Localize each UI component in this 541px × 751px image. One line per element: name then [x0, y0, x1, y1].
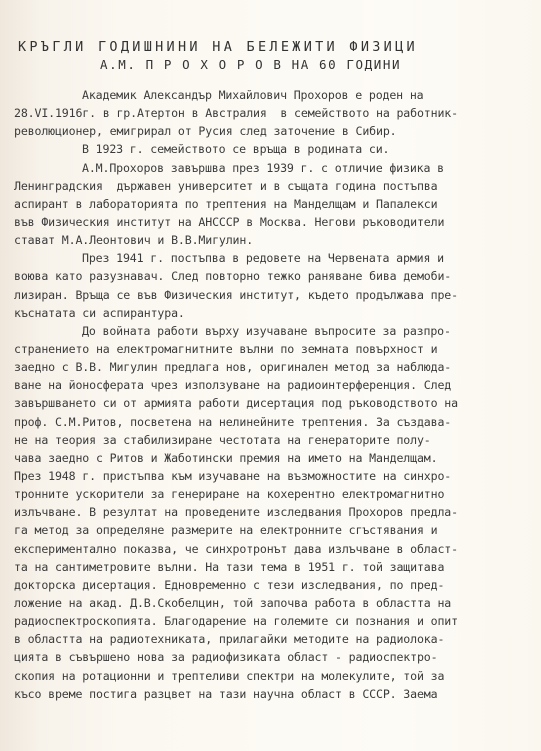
document-title: КРЪГЛИ ГОДИШНИНИ НА БЕЛЕЖИТИ ФИЗИЦИ	[18, 39, 418, 55]
text-line: излъчване. В резултат на проведените изс…	[14, 503, 534, 521]
text-line: цията в съвършено нова за радиофизиката …	[14, 648, 534, 666]
text-line: аспирант в лабораторията по трептения на…	[14, 195, 534, 213]
text-line: тронните ускорители за генериране на кох…	[14, 485, 534, 503]
text-line: До войната работи върху изучаване въпрос…	[14, 322, 534, 340]
text-line: докторска дисертация. Едновременно с тез…	[14, 576, 534, 594]
text-line: ложение на акад. Д.В.Скобелцин, той запо…	[14, 594, 534, 612]
text-line: революционер, емигрирал от Русия след за…	[14, 122, 534, 140]
text-line: завършването си от армията работи дисерт…	[14, 394, 534, 412]
text-line: скопия на ротационни и трептеливи спектр…	[14, 667, 534, 685]
text-line: стават М.А.Леонтович и В.В.Мигулин.	[14, 231, 534, 249]
text-line: експериментално показва, че синхротронът…	[14, 540, 534, 558]
text-line: странението на електромагнитните вълни п…	[14, 340, 534, 358]
text-line: заедно с В.В. Мигулин предлага нов, ориг…	[14, 358, 534, 376]
document-subtitle: А.М. П Р О Х О Р О В НА 60 ГОДИНИ	[100, 57, 401, 72]
text-line: проф. С.М.Ритов, посветена на нелинейнит…	[14, 413, 534, 431]
text-line: та на сантиметровите вълни. На тази тема…	[14, 558, 534, 576]
text-line: лизиран. Връща се във Физическия институ…	[14, 286, 534, 304]
text-line: А.М.Прохоров завършва през 1939 г. с отл…	[14, 159, 534, 177]
text-line: къснатата си аспирантура.	[14, 304, 534, 322]
text-line: Ленинградския държавен университет и в с…	[14, 177, 534, 195]
text-line: не на теория за стабилизиране честотата …	[14, 431, 534, 449]
text-line: Академик Александър Михайлович Прохоров …	[14, 86, 534, 104]
text-line: 28.VI.1916г. в гр.Атертон в Австралия в …	[14, 104, 534, 122]
text-line: През 1948 г. пристъпва към изучаване на …	[14, 467, 534, 485]
typewritten-page: КРЪГЛИ ГОДИШНИНИ НА БЕЛЕЖИТИ ФИЗИЦИ А.М.…	[0, 0, 541, 751]
text-line: в областта на радиотехниката, прилагайки…	[14, 630, 534, 648]
text-line: късо време постига разцвет на тази научн…	[14, 685, 534, 703]
text-line: воюва като разузнавач. След повторно теж…	[14, 267, 534, 285]
text-line: ване на йоносферата чрез използуване на …	[14, 376, 534, 394]
text-line: В 1923 г. семейството се връща в родинат…	[14, 140, 534, 158]
document-body: Академик Александър Михайлович Прохоров …	[14, 86, 534, 703]
text-line: През 1941 г. постъпва в редовете на Черв…	[14, 249, 534, 267]
text-line: радиоспектроскопията. Благодарение на го…	[14, 612, 534, 630]
text-line: га метод за определяне размерите на елек…	[14, 521, 534, 539]
text-line: чава заедно с Ритов и Жаботински премия …	[14, 449, 534, 467]
text-line: във Физическия институт на АНСССР в Моск…	[14, 213, 534, 231]
